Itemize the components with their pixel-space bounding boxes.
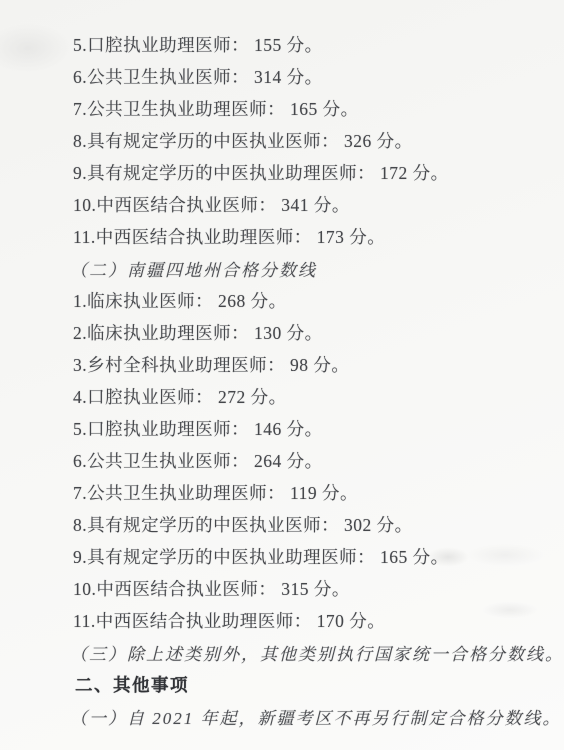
section-heading-southern-xinjiang: （二）南疆四地州合格分数线 (0, 252, 564, 284)
score-line-tcm-1: 8.具有规定学历的中医执业医师： 326 分。 (0, 124, 564, 156)
section-note-other-categories: （三）除上述类别外，其他类别执行国家统一合格分数线。 (0, 636, 564, 668)
document-body: 5.口腔执业助理医师： 155 分。 6.公共卫生执业医师： 314 分。 7.… (0, 0, 564, 732)
scanned-document-page: { "page": { "background_color": "#f6f6f4… (0, 0, 564, 750)
score-line-dental-assistant-2: 5.口腔执业助理医师： 146 分。 (0, 412, 564, 444)
score-line-public-health-1: 6.公共卫生执业医师： 314 分。 (0, 60, 564, 92)
score-line-rural-general-2: 3.乡村全科执业助理医师： 98 分。 (0, 348, 564, 380)
section-heading-other-matters: 二、其他事项 (0, 668, 564, 700)
score-line-integrative-2: 10.中西医结合执业医师： 315 分。 (0, 572, 564, 604)
note-line-2021-policy: （一）自 2021 年起，新疆考区不再另行制定合格分数线。 (0, 700, 564, 732)
score-line-tcm-2: 8.具有规定学历的中医执业医师： 302 分。 (0, 508, 564, 540)
score-line-public-health-assistant-2: 7.公共卫生执业助理医师： 119 分。 (0, 476, 564, 508)
score-line-public-health-assistant-1: 7.公共卫生执业助理医师： 165 分。 (0, 92, 564, 124)
score-line-public-health-2: 6.公共卫生执业医师： 264 分。 (0, 444, 564, 476)
score-line-tcm-assistant-2: 9.具有规定学历的中医执业助理医师： 165 分。 (0, 540, 564, 572)
score-line-integrative-1: 10.中西医结合执业医师： 341 分。 (0, 188, 564, 220)
score-line-dental-2: 4.口腔执业医师： 272 分。 (0, 380, 564, 412)
score-line-tcm-assistant-1: 9.具有规定学历的中医执业助理医师： 172 分。 (0, 156, 564, 188)
score-line-clinical-2: 1.临床执业医师： 268 分。 (0, 284, 564, 316)
score-line-clinical-assistant-2: 2.临床执业助理医师： 130 分。 (0, 316, 564, 348)
score-line-dental-assistant-1: 5.口腔执业助理医师： 155 分。 (0, 28, 564, 60)
score-line-integrative-assistant-2: 11.中西医结合执业助理医师： 170 分。 (0, 604, 564, 636)
score-line-integrative-assistant-1: 11.中西医结合执业助理医师： 173 分。 (0, 220, 564, 252)
